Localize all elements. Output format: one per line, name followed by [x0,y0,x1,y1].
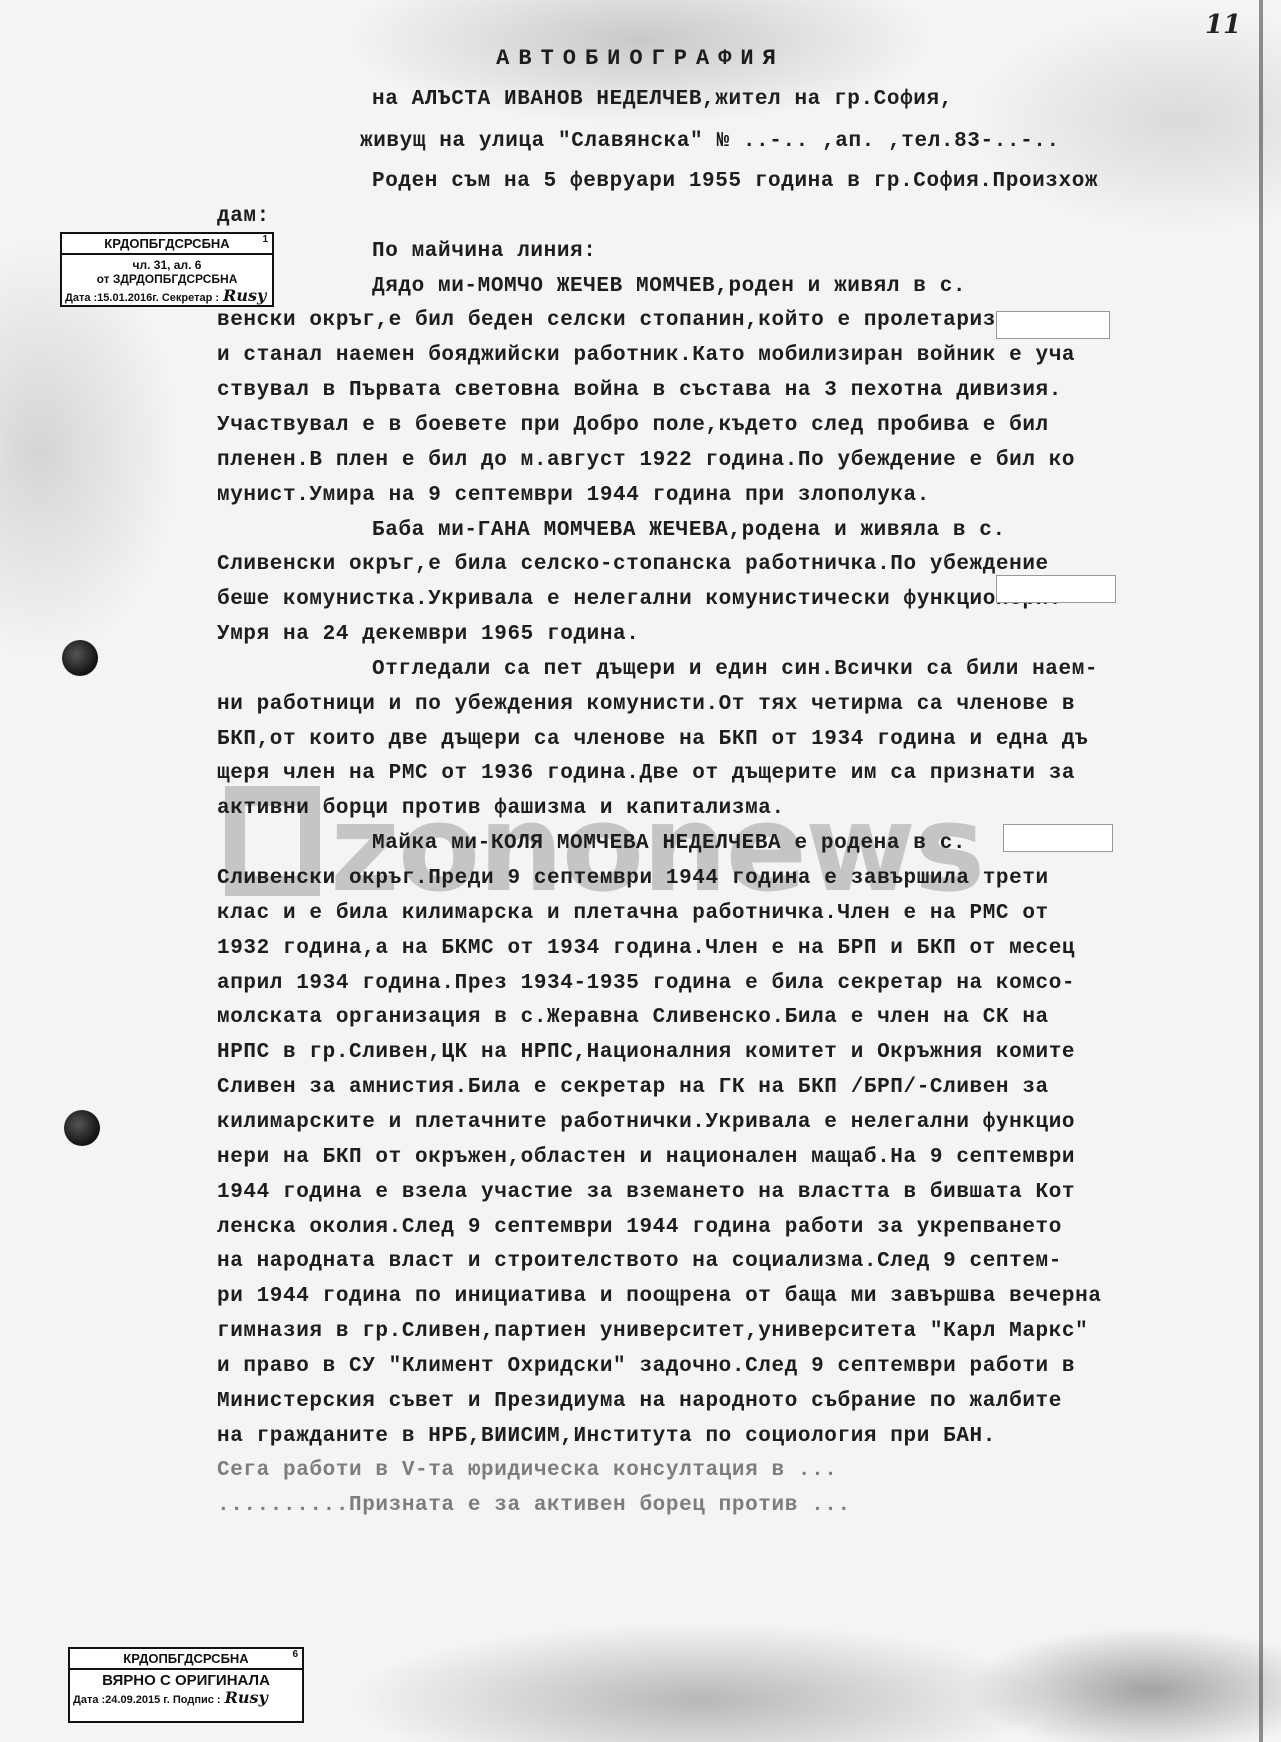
stamp-number: 1 [262,234,268,245]
document-line: Сливенски окръг,е била селско-стопанска … [217,553,1049,576]
stamp-date: Дата :24.09.2015 г. Подпис : [73,1694,221,1706]
document-line: мунист.Умира на 9 септември 1944 година … [217,484,930,507]
document-line: април 1934 година.През 1934-1935 година … [217,972,1075,995]
document-line: 1932 година,а на БКМС от 1934 година.Чле… [217,937,1075,960]
document-line: щеря член на РМС от 1936 година.Две от д… [217,762,1075,785]
document-line: на народната власт и строителството на с… [217,1250,1062,1273]
document-line: ствувал в Първата световна война в съста… [217,379,1062,402]
stamp-number: 6 [292,1649,298,1660]
stamp-signature-line: Дата :15.01.2016г. Секретар :Rusy [62,286,272,305]
document-line: Баба ми-ГАНА МОМЧЕВА ЖЕЧЕВА,родена и жив… [372,519,1006,542]
stamp-line: от ЗДРДОПБГДСРСБНА [62,272,272,286]
document-line: и право в СУ "Климент Охридски" задочно.… [217,1355,1075,1378]
document-line: Роден съм на 5 февруари 1955 година в гр… [372,170,1098,193]
document-line: активни борци против фашизма и капитализ… [217,797,785,820]
document-line: Сливен за амнистия.Била е секретар на ГК… [217,1076,1049,1099]
signature: Rusy [225,1688,268,1707]
redaction-box [996,311,1110,339]
header-line: живущ на улица "Славянска" № ..-.. ,ап. … [360,130,1060,153]
document-line: Умря на 24 декември 1965 година. [217,623,639,646]
document-line: клас и е била килимарска и плетачна рабо… [217,902,1049,925]
punch-hole [62,640,98,676]
signature: Rusy [223,286,266,305]
document-title: АВТОБИОГРАФИЯ [0,46,1281,71]
document-line: килимарските и плетачните работнички.Укр… [217,1111,1075,1134]
redaction-box [996,575,1116,603]
document-line: гимназия в гр.Сливен,партиен университет… [217,1320,1088,1343]
stamp-signature-line: Дата :24.09.2015 г. Подпис :Rusy [70,1688,302,1707]
document-line: ни работници и по убеждения комунисти.От… [217,693,1075,716]
document-line: БКП,от които две дъщери са членове на БК… [217,728,1088,751]
archive-stamp-top: КРДОПБГДСРСБНА1 чл. 31, ал. 6 от ЗДРДОПБ… [60,232,274,307]
punch-hole [64,1110,100,1146]
document-line: Участвувал е в боевете при Добро поле,къ… [217,414,1049,437]
document-line: ри 1944 година по инициатива и поощрена … [217,1285,1102,1308]
document-line: Дядо ми-МОМЧО ЖЕЧЕВ МОМЧЕВ,роден и живял… [372,275,966,298]
stamp-line: ВЯРНО С ОРИГИНАЛА [70,1674,302,1688]
document-line: молската организация в с.Жеравна Сливенс… [217,1006,1049,1029]
document-line: нери на БКП от окръжен,областен и национ… [217,1146,1075,1169]
stamp-line: чл. 31, ал. 6 [62,258,272,272]
document-line: Майка ми-КОЛЯ МОМЧЕВА НЕДЕЛЧЕВА е родена… [372,832,966,855]
document-line: Сега работи в V-та юридическа консултаци… [217,1459,838,1482]
document-line: венски окръг,е бил беден селски стопанин… [217,309,1049,332]
redaction-box [1003,824,1113,852]
document-line: Министерския съвет и Президиума на народ… [217,1390,1062,1413]
document-line: дам: [217,205,270,228]
stamp-header-text: КРДОПБГДСРСБНА [104,236,229,251]
document-line: 1944 година е взела участие за вземането… [217,1181,1075,1204]
header-line: на АЛЪСТА ИВАНОВ НЕДЕЛЧЕВ,жител на гр.Со… [372,88,953,111]
stamp-header: КРДОПБГДСРСБНА6 [70,1649,302,1670]
document-line: и станал наемен бояджийски работник.Като… [217,344,1075,367]
document-line: Сливенски окръг.Преди 9 септември 1944 г… [217,867,1049,890]
document-line: ленска околия.След 9 септември 1944 годи… [217,1216,1062,1239]
page-number-mark: 11 [1205,10,1241,40]
document-line: Отгледали са пет дъщери и един син.Всичк… [372,658,1098,681]
stamp-header-text: КРДОПБГДСРСБНА [123,1651,248,1666]
stamp-date: Дата :15.01.2016г. Секретар : [65,292,219,304]
document-line: НРПС в гр.Сливен,ЦК на НРПС,Националния … [217,1041,1075,1064]
document-line: По майчина линия: [372,240,596,263]
document-line: беше комунистка.Укривала е нелегални ком… [217,588,1062,611]
stamp-header: КРДОПБГДСРСБНА1 [62,234,272,255]
archive-stamp-bottom: КРДОПБГДСРСБНА6 ВЯРНО С ОРИГИНАЛА Дата :… [68,1647,304,1723]
document-line: пленен.В плен е бил до м.август 1922 год… [217,449,1075,472]
page-edge [1259,0,1263,1742]
document-line: ..........Призната е за активен борец пр… [217,1494,851,1517]
document-line: на гражданите в НРБ,ВИИСИМ,Института по … [217,1425,996,1448]
